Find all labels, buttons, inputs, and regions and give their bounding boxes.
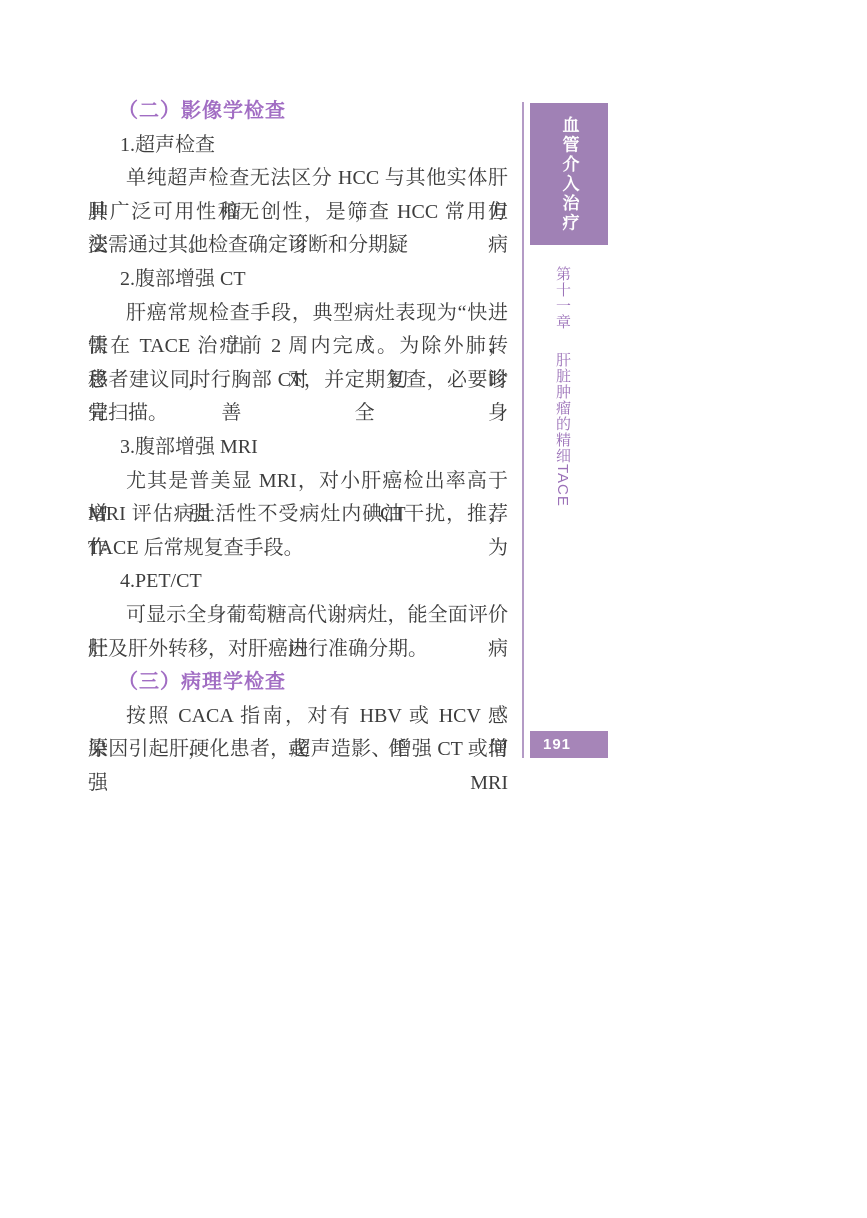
numbered-subheading: 3.腹部增强 MRI	[88, 431, 508, 465]
numbered-subheading: 2.腹部增强 CT	[88, 263, 508, 297]
main-text-column: （二）影像学检查1.超声检查单纯超声检查无法区分 HCC 与其他实体肝肿瘤，但具…	[88, 95, 508, 767]
book-title-vertical-text: 血管介入治疗	[557, 116, 582, 233]
body-text-line: 原因引起肝硬化患者，超声造影、增强 CT 或增强 MRI	[88, 733, 508, 767]
chapter-title-text: 肝脏肿瘤的精细TACE	[554, 352, 571, 507]
body-text-line: 按照 CACA 指南，对有 HBV 或 HCV 感染，或任何	[88, 700, 508, 734]
body-text-line: 需在 TACE 治疗前 2 周内完成。为除外肺转移，对初诊	[88, 330, 508, 364]
book-title-banner: 血管介入治疗	[530, 103, 608, 245]
body-text-line: 单纯超声检查无法区分 HCC 与其他实体肝肿瘤，但	[88, 162, 508, 196]
body-text-line: 具广泛可用性和无创性，是筛查 HCC 常用方法。可疑病	[88, 196, 508, 230]
book-page: （二）影像学检查1.超声检查单纯超声检查无法区分 HCC 与其他实体肝肿瘤，但具…	[0, 0, 867, 1218]
numbered-subheading: 1.超声检查	[88, 129, 508, 163]
numbered-subheading: 4.PET/CT	[88, 565, 508, 599]
section-heading: （二）影像学检查	[88, 95, 508, 129]
body-text-line: 患者建议同时行胸部 CT，并定期复查，必要时完善全身	[88, 364, 508, 398]
body-text-line: MRI 评估病灶活性不受病灶内碘油干扰，推荐作为	[88, 498, 508, 532]
body-text-line: 可显示全身葡萄糖高代谢病灶，能全面评价肝内病	[88, 599, 508, 633]
chapter-label: 第十一章肝脏肿瘤的精细TACE	[541, 266, 573, 756]
page-number-badge: 191	[530, 731, 608, 758]
section-heading: （三）病理学检查	[88, 666, 508, 700]
body-text-line: 肝癌常规检查手段，典型病灶表现为“快进快出”，	[88, 297, 508, 331]
body-text-line: 尤其是普美显 MRI，对小肝癌检出率高于增强 CT，	[88, 465, 508, 499]
chapter-number-text: 第十一章	[554, 266, 571, 330]
sidebar-divider-line	[522, 102, 524, 758]
